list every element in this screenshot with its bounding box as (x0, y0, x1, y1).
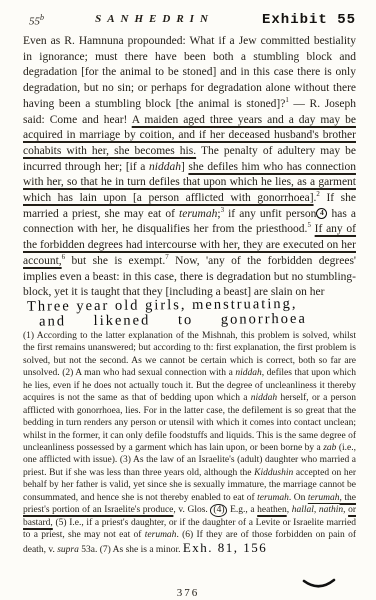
circled-footnote-4-marker: 4 (316, 208, 327, 219)
tractate-title: SANHEDRIN (63, 13, 246, 25)
exhibit-stamp: Exhibit 55 (262, 12, 356, 28)
folio-number: 55b (29, 13, 44, 28)
footnotes: (1) According to the latter explanation … (23, 330, 356, 556)
handwritten-exhibit-ref: Exh. 81, 156 (183, 540, 267, 555)
handwritten-line-2: and likened to gonorrhoea (27, 311, 356, 329)
main-text: Even as R. Hamnuna propounded: What if a… (23, 34, 356, 301)
page-number: 376 (0, 587, 376, 599)
scanned-page: 55b SANHEDRIN Exhibit 55 Even as R. Hamn… (0, 0, 376, 600)
page-header: 55b SANHEDRIN Exhibit 55 (23, 10, 356, 32)
circled-footnote-4-label: (4) (210, 504, 227, 516)
handwritten-annotation: Three year old girls, menstruating, and … (27, 296, 356, 328)
folio-suffix: b (40, 13, 44, 22)
